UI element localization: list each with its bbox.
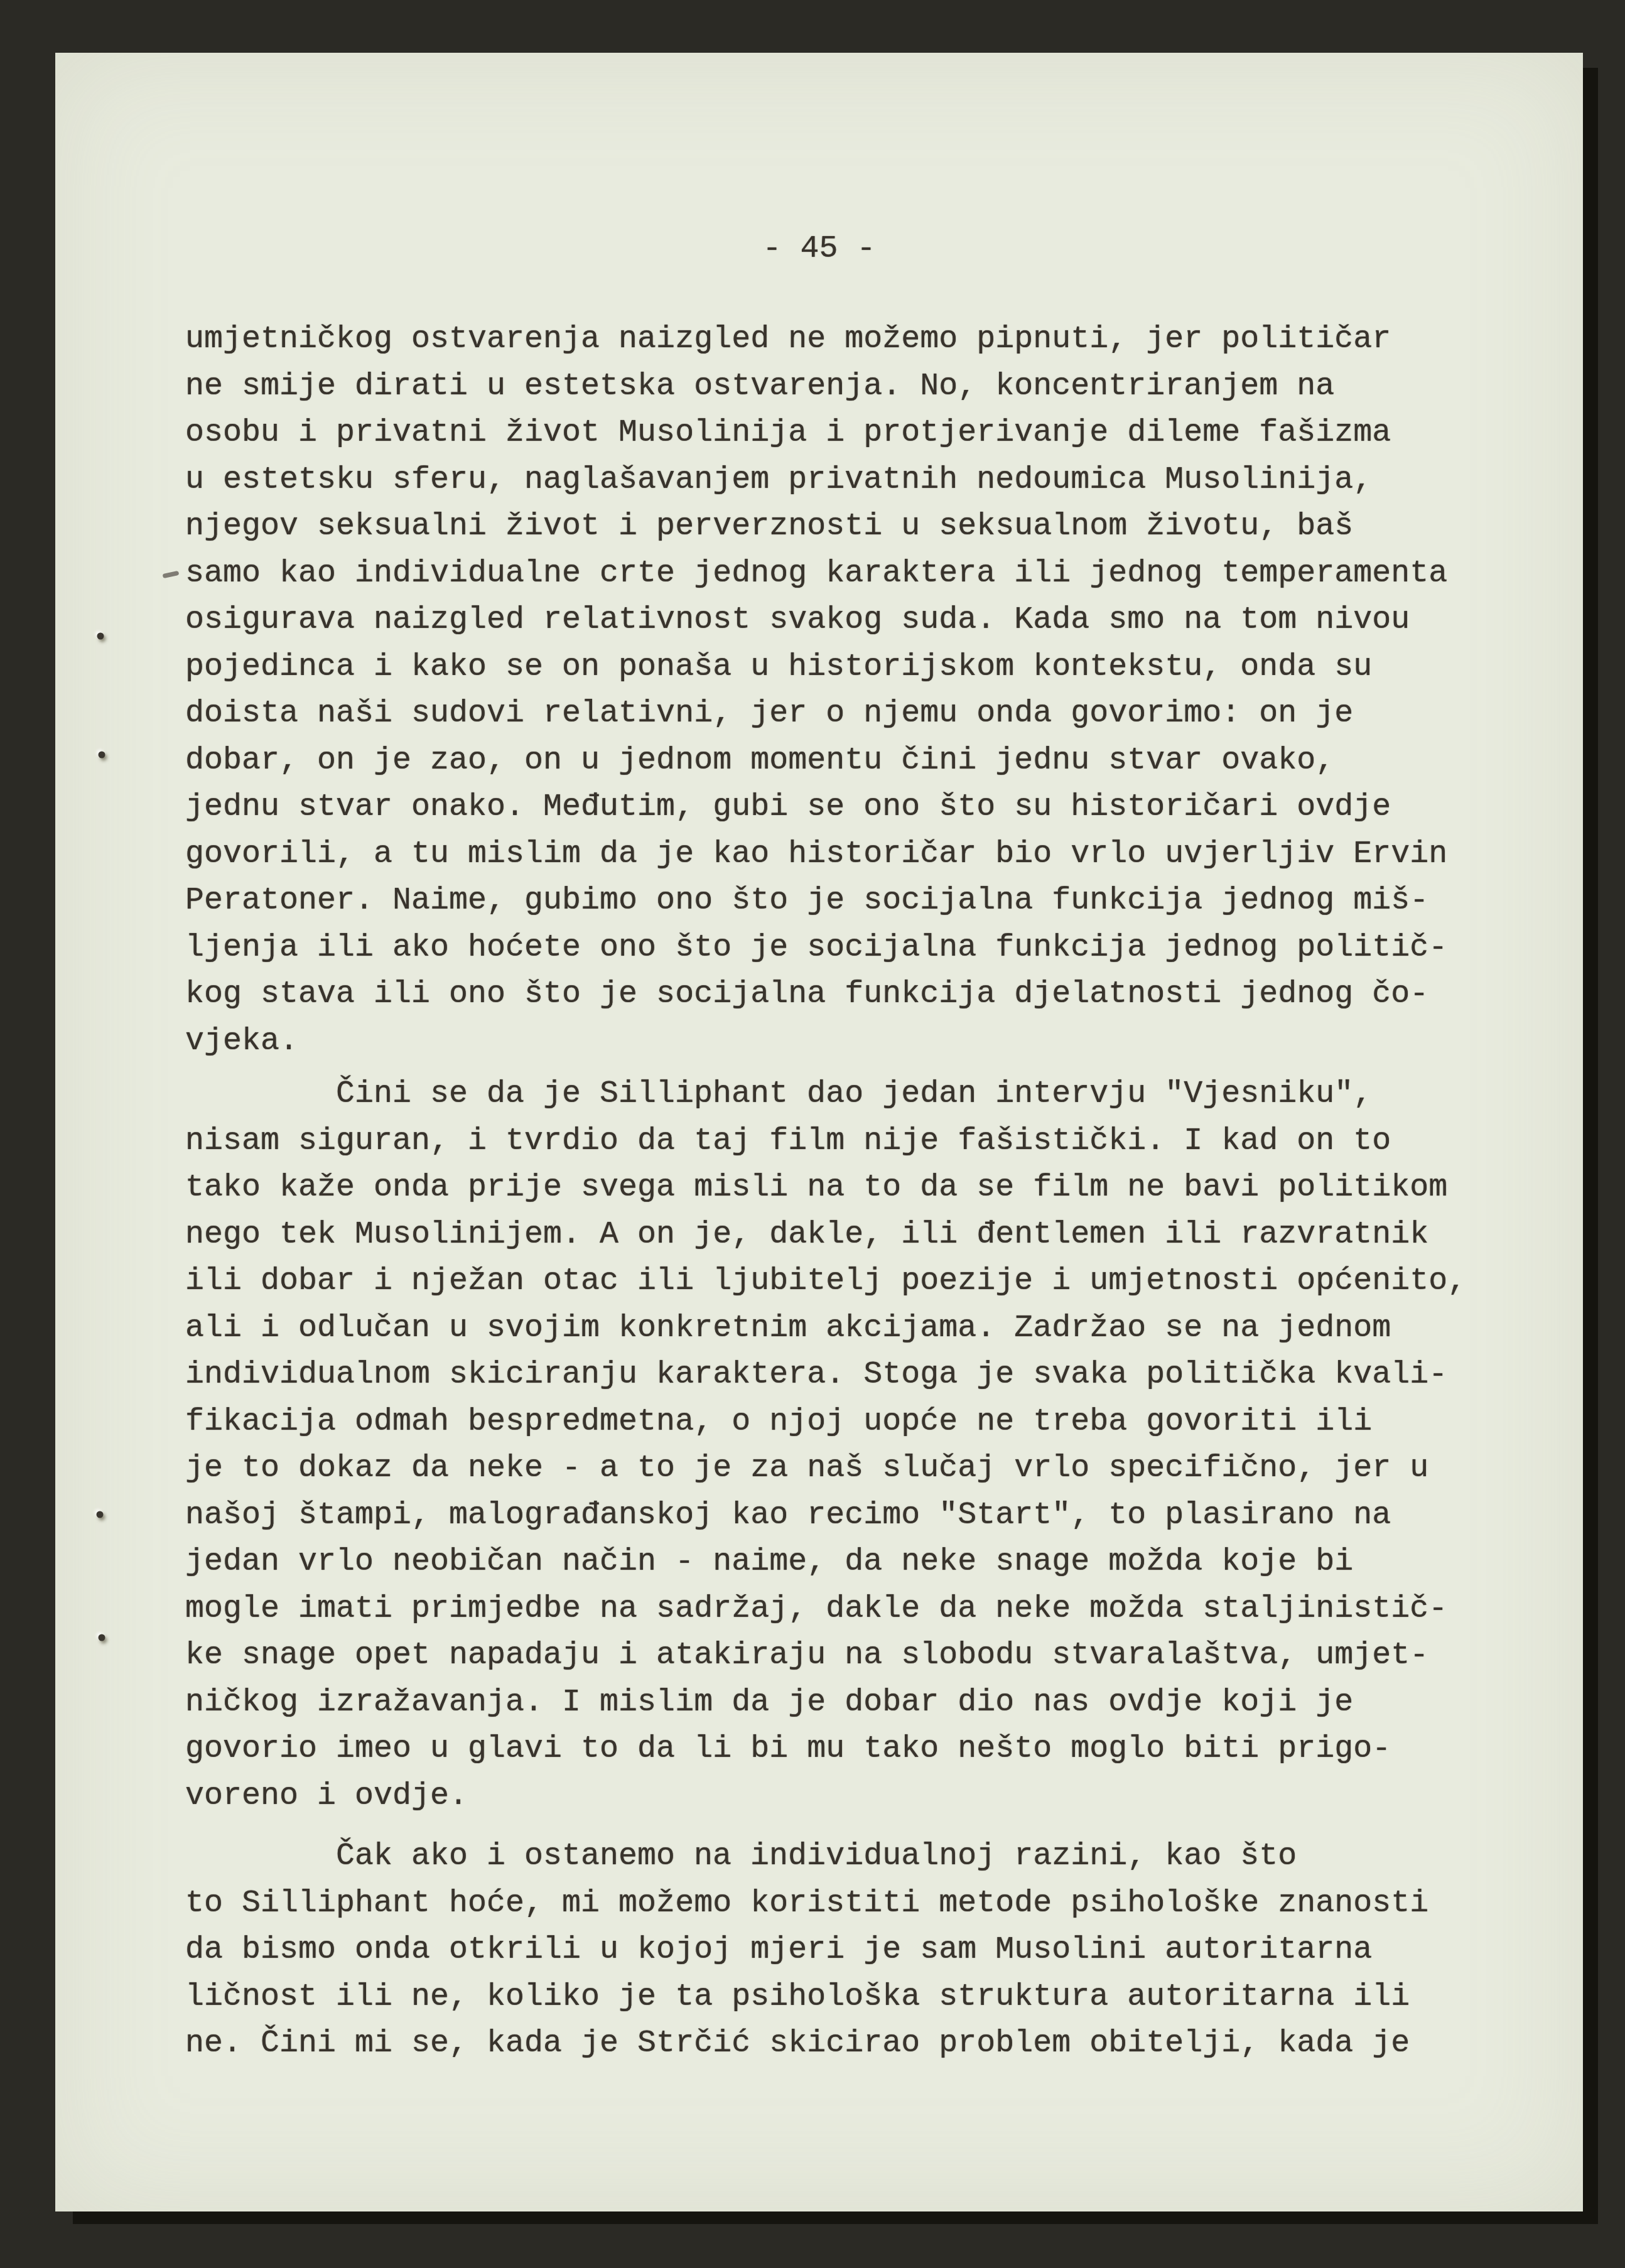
- text-line: govorio imeo u glavi to da li bi mu tako…: [185, 1726, 1529, 1773]
- text-line: jednu stvar onako. Međutim, gubi se ono …: [185, 784, 1529, 831]
- text-line: voreno i ovdje.: [185, 1773, 1529, 1820]
- paragraph: Čak ako i ostanemo na individualnoj razi…: [185, 1833, 1529, 2068]
- text-line: doista naši sudovi relativni, jer o njem…: [185, 691, 1529, 738]
- text-line: tako kaže onda prije svega misli na to d…: [185, 1165, 1529, 1212]
- text-line: ne smije dirati u estetska ostvarenja. N…: [185, 364, 1529, 411]
- text-line: kog stava ili ono što je socijalna funkc…: [185, 971, 1529, 1018]
- text-line: dobar, on je zao, on u jednom momentu či…: [185, 738, 1529, 785]
- punch-hole-mark: [97, 633, 104, 640]
- paragraph: umjetničkog ostvarenja naizgled ne možem…: [185, 316, 1529, 1065]
- text-line: mogle imati primjedbe na sadržaj, dakle …: [185, 1586, 1529, 1633]
- text-block: umjetničkog ostvarenja naizgled ne možem…: [185, 316, 1529, 2068]
- text-line: Čini se da je Silliphant dao jedan inter…: [185, 1071, 1529, 1118]
- text-line: ne. Čini mi se, kada je Strčić skicirao …: [185, 2021, 1529, 2068]
- text-line: jedan vrlo neobičan način - naime, da ne…: [185, 1539, 1529, 1586]
- paragraph: Čini se da je Silliphant dao jedan inter…: [185, 1071, 1529, 1820]
- pen-stroke-mark: [163, 571, 180, 578]
- text-line: osobu i privatni život Musolinija i prot…: [185, 410, 1529, 457]
- text-line: nisam siguran, i tvrdio da taj film nije…: [185, 1118, 1529, 1165]
- text-line: našoj štampi, malograđanskoj kao recimo …: [185, 1493, 1529, 1540]
- text-line: njegov seksualni život i perverznosti u …: [185, 504, 1529, 551]
- punch-hole-mark: [97, 1511, 104, 1518]
- text-line: da bismo onda otkrili u kojoj mjeri je s…: [185, 1927, 1529, 1974]
- text-line: umjetničkog ostvarenja naizgled ne možem…: [185, 316, 1529, 364]
- text-line: ke snage opet napadaju i atakiraju na sl…: [185, 1633, 1529, 1680]
- text-line: samo kao individualne crte jednog karakt…: [185, 551, 1529, 598]
- punch-hole-mark: [99, 752, 105, 759]
- text-line: u estetsku sferu, naglašavanjem privatni…: [185, 457, 1529, 504]
- text-line: individualnom skiciranju karaktera. Stog…: [185, 1352, 1529, 1399]
- text-line: vjeka.: [185, 1018, 1529, 1066]
- text-line: ličnost ili ne, koliko je ta psihološka …: [185, 1974, 1529, 2021]
- text-line: Peratoner. Naime, gubimo ono što je soci…: [185, 878, 1529, 925]
- text-line: pojedinca i kako se on ponaša u historij…: [185, 644, 1529, 691]
- page-number: - 45 -: [55, 226, 1583, 273]
- text-line: ili dobar i nježan otac ili ljubitelj po…: [185, 1258, 1529, 1305]
- text-line: govorili, a tu mislim da je kao historič…: [185, 831, 1529, 878]
- punch-hole-mark: [99, 1634, 105, 1641]
- text-line: osigurava naizgled relativnost svakog su…: [185, 597, 1529, 644]
- text-line: ali i odlučan u svojim konkretnim akcija…: [185, 1305, 1529, 1353]
- text-line: fikacija odmah bespredmetna, o njoj uopć…: [185, 1399, 1529, 1446]
- text-line: je to dokaz da neke - a to je za naš slu…: [185, 1445, 1529, 1493]
- text-line: Čak ako i ostanemo na individualnoj razi…: [185, 1833, 1529, 1881]
- text-line: ljenja ili ako hoćete ono što je socijal…: [185, 925, 1529, 972]
- paper: - 45 - umjetničkog ostvarenja naizgled n…: [55, 53, 1583, 2211]
- scan-backdrop: { "page": { "number_label": "- 45 -", "c…: [0, 0, 1625, 2268]
- text-line: ničkog izražavanja. I mislim da je dobar…: [185, 1680, 1529, 1727]
- text-line: nego tek Musolinijem. A on je, dakle, il…: [185, 1212, 1529, 1259]
- text-line: to Silliphant hoće, mi možemo koristiti …: [185, 1881, 1529, 1928]
